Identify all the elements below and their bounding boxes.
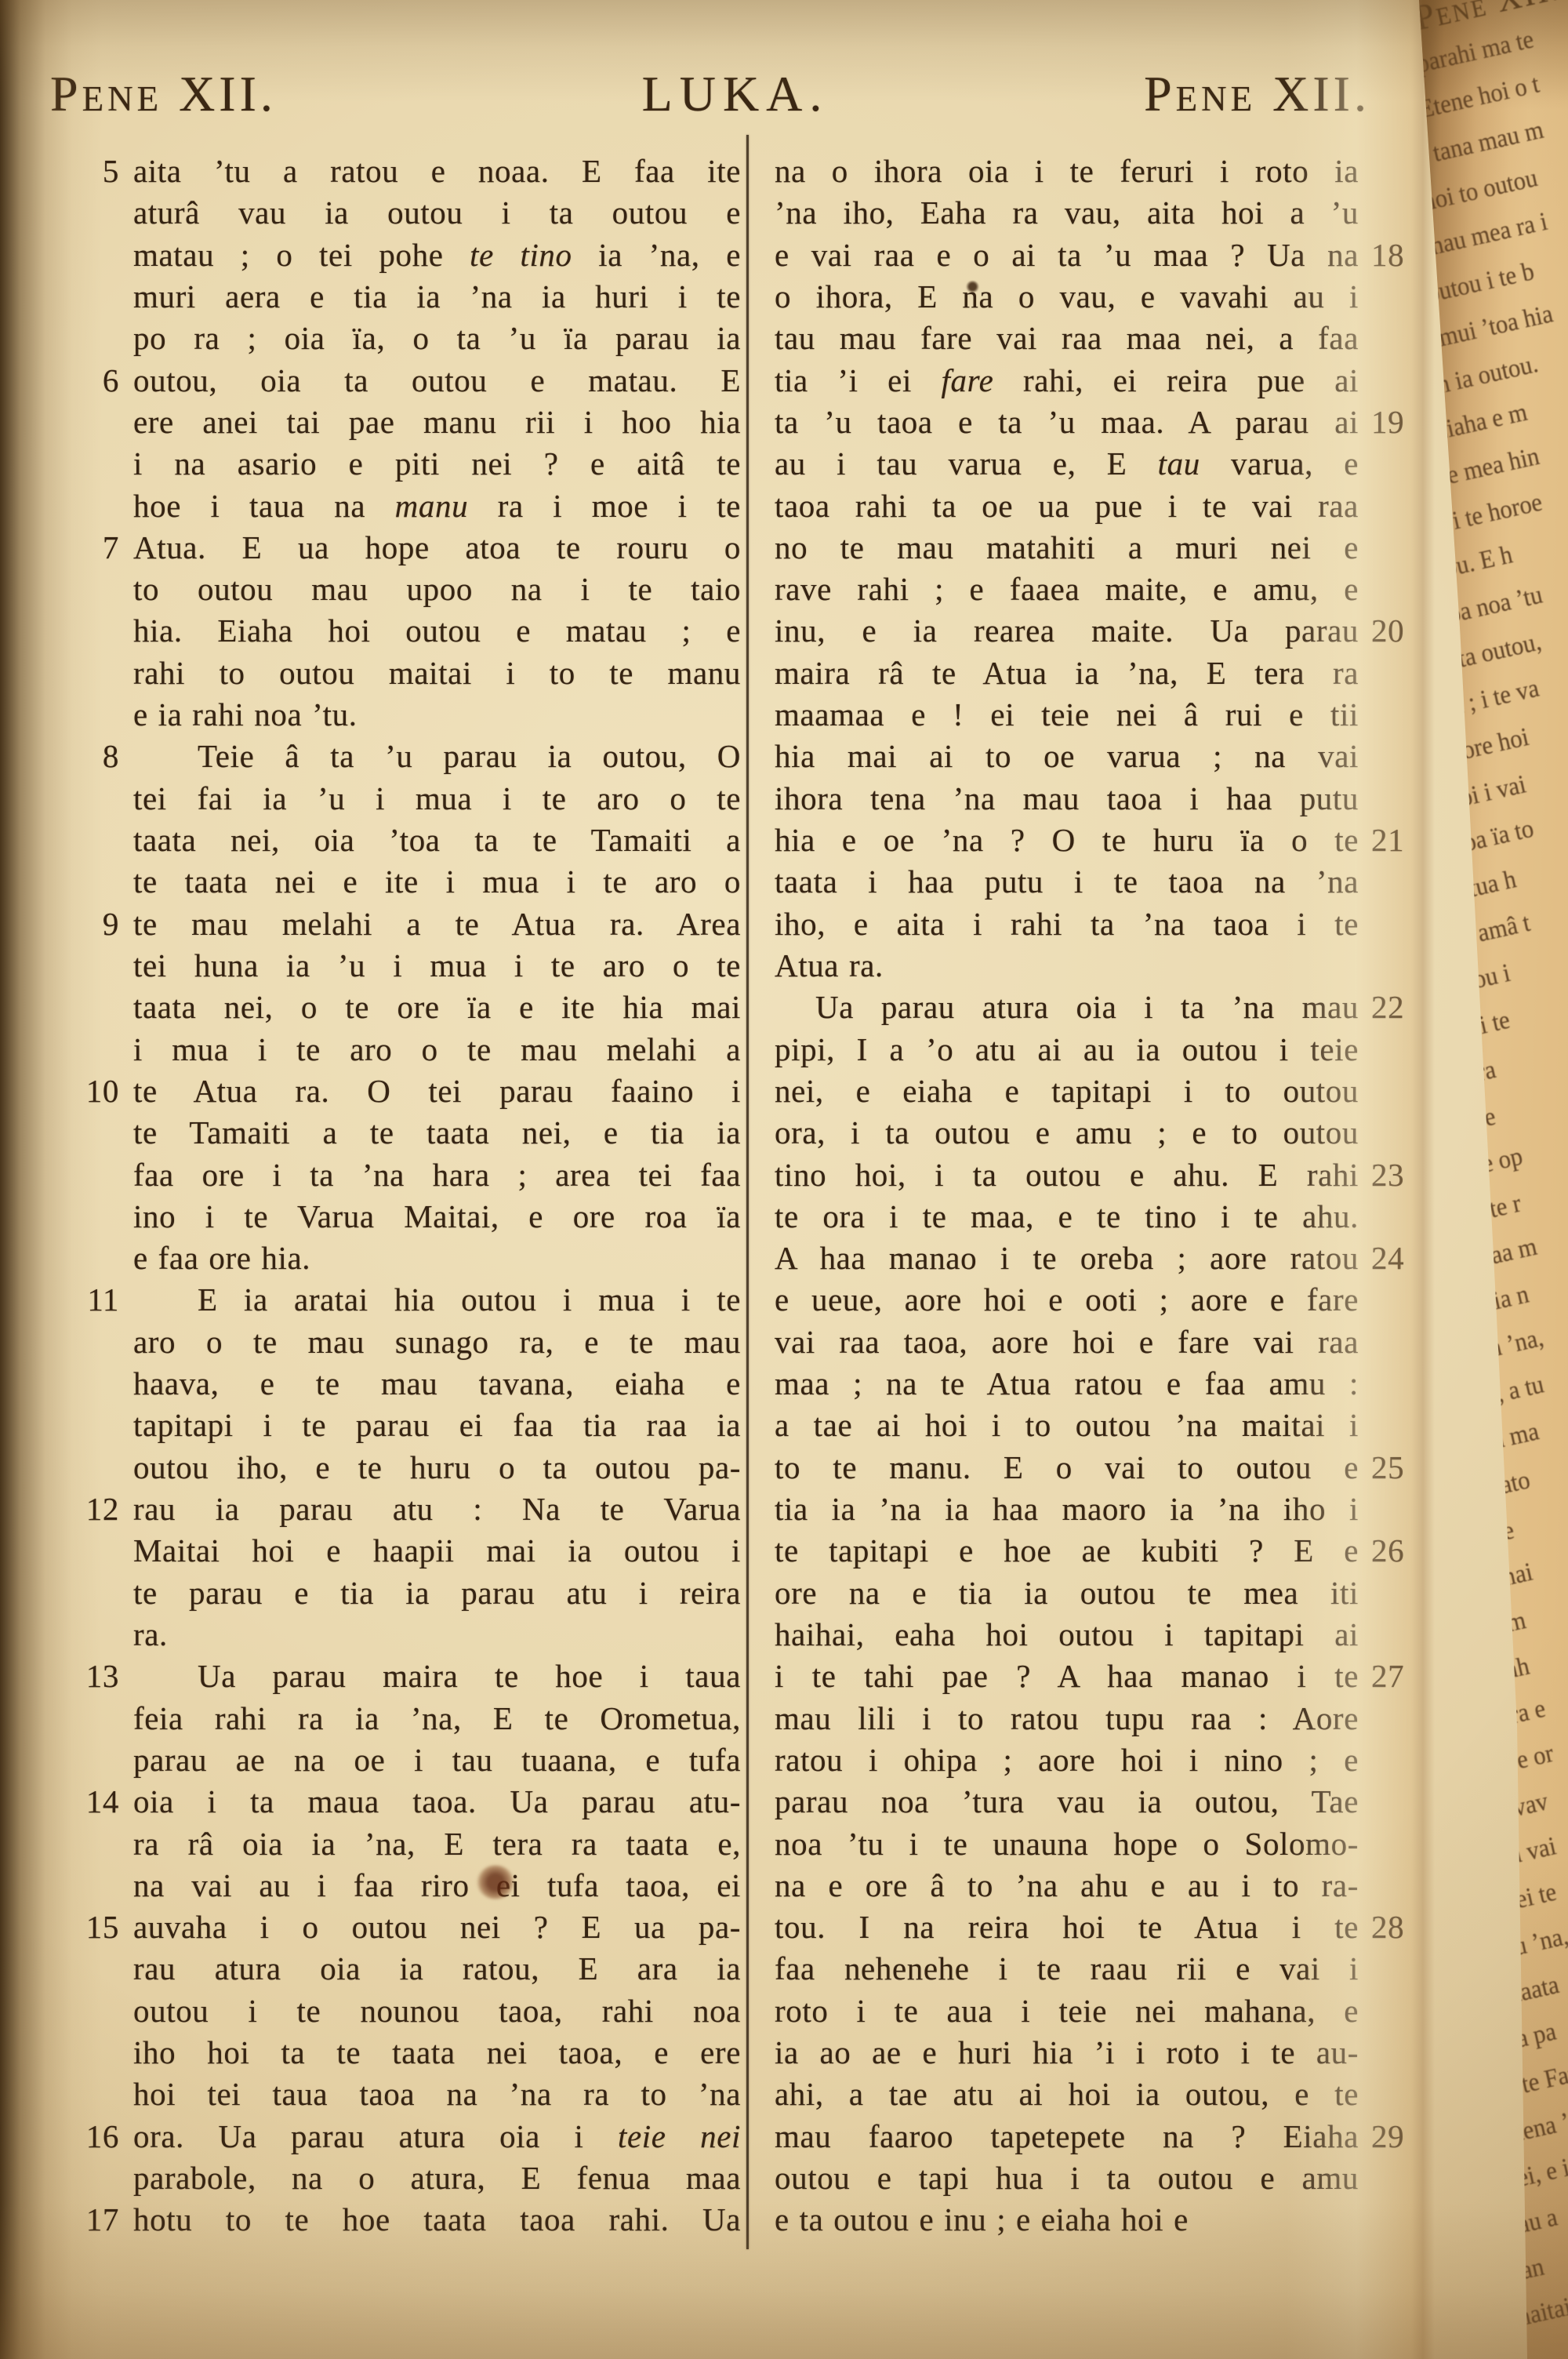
text-line: po ra ; oia ïa, o ta ’u ïa parau ia xyxy=(133,318,741,359)
text-line: haihai, eaha hoi outou i tapitapi ai xyxy=(775,1614,1359,1656)
verse-text: rau ia parau atu : Na te Varua xyxy=(133,1488,741,1530)
text-line: Maitai hoi e haapii mai ia outou i xyxy=(133,1530,741,1572)
text-line: outou iho, e te huru o ta outou pa- xyxy=(133,1447,741,1488)
verse-number: 27 xyxy=(1371,1656,1453,1697)
verse-text: mau faaroo tapetepete na ? Eiaha xyxy=(775,2116,1359,2157)
verse-text: Teie â ta ’u parau ia outou, O xyxy=(133,736,741,777)
verse-text: parabole, na o atura, E fenua maa xyxy=(133,2157,741,2199)
text-line: hoe i taua na manu ra i moe i te xyxy=(133,485,741,527)
text-line: te parau e tia ia parau atu i reira xyxy=(133,1572,741,1614)
text-line: parau ae na oe i tau tuaana, e tufa xyxy=(133,1739,741,1781)
text-line: e ta outou e inu ; e eiaha hoi e xyxy=(775,2199,1359,2241)
text-line: parabole, na o atura, E fenua maa xyxy=(133,2157,741,2199)
text-line: faa nehenehe i te raau rii e vai i xyxy=(775,1948,1359,1990)
verse-number: 25 xyxy=(1371,1447,1453,1488)
text-line: tei fai ia ’u i mua i te aro o te xyxy=(133,778,741,820)
text-line: taoa rahi ta oe ua pue i te vai raa xyxy=(775,485,1359,527)
adjacent-text-fragment: aau a xyxy=(1513,2205,1568,2251)
verse-text: outou e tapi hua i ta outou e amu xyxy=(775,2157,1359,2199)
text-line: 9te mau melahi a te Atua ra. Area xyxy=(133,903,741,945)
verse-text: outou i te nounou taoa, rahi noa xyxy=(133,1990,741,2032)
text-line: 6outou, oia ta outou e matau. E xyxy=(133,360,741,402)
text-line: vai raa taoa, aore hoi e fare vai raa xyxy=(775,1321,1359,1363)
verse-text: faa nehenehe i te raau rii e vai i xyxy=(775,1948,1359,1990)
adjacent-text-fragment: o ra xyxy=(1465,1054,1568,1100)
text-line: taata i haa putu i te taoa na ’na xyxy=(775,861,1359,903)
verse-text: haihai, eaha hoi outou i tapitapi ai xyxy=(775,1614,1359,1656)
verse-text: e ta outou e inu ; e eiaha hoi e xyxy=(775,2199,1359,2241)
verse-text: roto i te aua i teie nei mahana, e xyxy=(775,1990,1359,2032)
verse-number: 11 xyxy=(45,1279,119,1321)
verse-number: 15 xyxy=(45,1906,119,1948)
verse-text: ere anei tai pae manu rii i hoo hia xyxy=(133,402,741,443)
verse-text: ihora tena ’na mau taoa i haa putu xyxy=(775,778,1359,820)
verse-text: ino i te Varua Maitai, e ore roa ïa xyxy=(133,1196,741,1238)
text-line: ra. xyxy=(133,1614,741,1656)
verse-text: rau atura oia ia ratou, E ara ia xyxy=(133,1948,741,1990)
text-line: rau atura oia ia ratou, E ara ia xyxy=(133,1948,741,1990)
verse-text: E ia aratai hia outou i mua i te xyxy=(133,1279,741,1321)
verse-number: 23 xyxy=(1371,1154,1453,1196)
verse-text: te parau e tia ia parau atu i reira xyxy=(133,1572,741,1614)
verse-text: e ia rahi noa ’tu. xyxy=(133,694,741,736)
verse-text: e ueue, aore hoi e ooti ; aore e fare xyxy=(775,1279,1359,1321)
adjacent-text-fragment: i te op xyxy=(1468,1146,1568,1192)
verse-number: 7 xyxy=(45,527,119,569)
verse-text: te Tamaiti a te taata nei, e tia ia xyxy=(133,1112,741,1154)
verse-text: aita ’tu a ratou e noaa. E faa ite xyxy=(133,151,741,192)
text-line: e ia rahi noa ’tu. xyxy=(133,694,741,736)
text-line: 21hia e oe ’na ? O te huru ïa o te xyxy=(775,820,1359,861)
verse-text: ra râ oia ia ’na, E tera ra taata e, xyxy=(133,1823,741,1865)
verse-text: te tapitapi e hoe ae kubiti ? E e xyxy=(775,1530,1359,1572)
verse-text: outou, oia ta outou e matau. E xyxy=(133,360,741,402)
verse-text: na o ihora oia i te feruri i roto ia xyxy=(775,151,1359,192)
verse-text: tino hoi, i ta outou e ahu. E rahi xyxy=(775,1154,1359,1196)
text-line: ino i te Varua Maitai, e ore roa ïa xyxy=(133,1196,741,1238)
text-line: hia. Eiaha hoi outou e matau ; e xyxy=(133,610,741,652)
verse-text: matau ; o tei pohe te tino ia ’na, e xyxy=(133,234,741,276)
verse-text: taata nei, oia ’toa ta te Tamaiti a xyxy=(133,820,741,861)
verse-text: aturâ vau ia outou i ta outou e xyxy=(133,192,741,234)
verse-text: tapitapi i te parau ei faa tia raa ia xyxy=(133,1405,741,1446)
verse-text: tia ’i ei fare rahi, ei reira pue ai xyxy=(775,360,1359,402)
text-line: 18e vai raa e o ai ta ’u maa ? Ua na xyxy=(775,234,1359,276)
verse-text: tau mau fare vai raa maa nei, a faa xyxy=(775,318,1359,359)
text-line: ahi, a tae atu ai hoi ia outou, e te xyxy=(775,2074,1359,2115)
verse-text: parau noa ’tura vau ia outou, Tae xyxy=(775,1781,1359,1823)
verse-number: 13 xyxy=(45,1656,119,1697)
verse-text: ia ao ae e huri hia ’i i roto i te au- xyxy=(775,2032,1359,2074)
verse-text: haava, e te mau tavana, eiaha e xyxy=(133,1363,741,1405)
verse-number: 29 xyxy=(1371,2116,1453,2157)
verse-text: e faa ore hia. xyxy=(133,1238,741,1279)
verse-text: nei, e eiaha e tapitapi i to outou xyxy=(775,1070,1359,1112)
verse-text: tou. I na reira hoi te Atua i te xyxy=(775,1906,1359,1948)
text-line: 25to te manu. E o vai to outou e xyxy=(775,1447,1359,1488)
text-line: maamaa e ! ei teie nei â rui e tii xyxy=(775,694,1359,736)
verse-text: muri aera e tia ia ’na ia huri i te xyxy=(133,276,741,318)
text-line: rave rahi ; e faaea maite, e amu, e xyxy=(775,569,1359,610)
verse-number: 10 xyxy=(45,1070,119,1112)
verse-text: te mau melahi a te Atua ra. Area xyxy=(133,903,741,945)
verse-text: i te tahi pae ? A haa manao i te xyxy=(775,1656,1359,1697)
text-line: 13Ua parau maira te hoe i taua xyxy=(133,1656,741,1697)
text-line: i mua i te aro o te mau melahi a xyxy=(133,1029,741,1070)
verse-number: 21 xyxy=(1371,820,1453,861)
verse-text: e vai raa e o ai ta ’u maa ? Ua na xyxy=(775,234,1359,276)
book-page-photo: Pene XII. LUKA. Pene XII. 5aita ’tu a ra… xyxy=(0,0,1568,2359)
verse-text: faa ore i ta ’na hara ; area tei faa xyxy=(133,1154,741,1196)
text-line: ere anei tai pae manu rii i hoo hia xyxy=(133,402,741,443)
verse-text: iho hoi ta te taata nei taoa, e ere xyxy=(133,2032,741,2074)
text-line: muri aera e tia ia ’na ia huri i te xyxy=(133,276,741,318)
verse-number: 22 xyxy=(1371,987,1453,1028)
text-line: o ihora, E na o vau, e vavahi au i xyxy=(775,276,1359,318)
verse-text: i na asario e piti nei ? e aitâ te xyxy=(133,443,741,485)
running-header-right: Pene XII. xyxy=(1082,66,1370,125)
text-line: ore na e tia ia outou te mea iti xyxy=(775,1572,1359,1614)
text-line: 10te Atua ra. O tei parau faaino i xyxy=(133,1070,741,1112)
verse-text: taata nei, o te ore ïa e ite hia mai xyxy=(133,987,741,1028)
verse-text: to outou mau upoo na i te taio xyxy=(133,569,741,610)
verse-text: po ra ; oia ïa, o ta ’u ïa parau ia xyxy=(133,318,741,359)
text-line: te taata nei e ite i mua i te aro o xyxy=(133,861,741,903)
verse-text: na vai au i faa riro ei tufa taoa, ei xyxy=(133,1865,741,1906)
text-column-right: na o ihora oia i te feruri i roto ia’na … xyxy=(775,151,1359,2241)
text-line: ihora tena ’na mau taoa i haa putu xyxy=(775,778,1359,820)
text-line: taata nei, o te ore ïa e ite hia mai xyxy=(133,987,741,1028)
text-line: 20inu, e ia rearea maite. Ua parau xyxy=(775,610,1359,652)
text-line: e ueue, aore hoi e ooti ; aore e fare xyxy=(775,1279,1359,1321)
text-line: 23tino hoi, i ta outou e ahu. E rahi xyxy=(775,1154,1359,1196)
text-line: iho, e aita i rahi ta ’na taoa i te xyxy=(775,903,1359,945)
verse-text: te Atua ra. O tei parau faaino i xyxy=(133,1070,741,1112)
text-line: ratou i ohipa ; aore hoi i nino ; e xyxy=(775,1739,1359,1781)
verse-number: 28 xyxy=(1371,1906,1453,1948)
verse-text: hoi tei taua taoa na ’na ra to ’na xyxy=(133,2074,741,2115)
verse-text: maa ; na te Atua ratou e faa amu : xyxy=(775,1363,1359,1405)
text-line: ora, i ta outou e amu ; e to outou xyxy=(775,1112,1359,1154)
verse-text: to te manu. E o vai to outou e xyxy=(775,1447,1359,1488)
text-line: ra râ oia ia ’na, E tera ra taata e, xyxy=(133,1823,741,1865)
verse-text: hoe i taua na manu ra i moe i te xyxy=(133,485,741,527)
verse-text: pipi, I a ’o atu ai au ia outou i teie xyxy=(775,1029,1359,1070)
verse-text: o ihora, E na o vau, e vavahi au i xyxy=(775,276,1359,318)
text-line: feia rahi ra ia ’na, E te Orometua, xyxy=(133,1698,741,1739)
text-line: e faa ore hia. xyxy=(133,1238,741,1279)
text-line: parau noa ’tura vau ia outou, Tae xyxy=(775,1781,1359,1823)
text-line: rahi to outou maitai i to te manu xyxy=(133,652,741,694)
text-line: 11E ia aratai hia outou i mua i te xyxy=(133,1279,741,1321)
text-line: tau mau fare vai raa maa nei, a faa xyxy=(775,318,1359,359)
verse-text: hotu to te hoe taata taoa rahi. Ua xyxy=(133,2199,741,2241)
verse-text: taata i haa putu i te taoa na ’na xyxy=(775,861,1359,903)
verse-text: tia ia ’na ia haa maoro ia ’na iho i xyxy=(775,1488,1359,1530)
text-line: tia ia ’na ia haa maoro ia ’na iho i xyxy=(775,1488,1359,1530)
verse-text: ta ’u taoa e ta ’u maa. A parau ai xyxy=(775,402,1359,443)
verse-number: 14 xyxy=(45,1781,119,1823)
text-line: i na asario e piti nei ? e aitâ te xyxy=(133,443,741,485)
text-line: 5aita ’tu a ratou e noaa. E faa ite xyxy=(133,151,741,192)
verse-text: tei fai ia ’u i mua i te aro o te xyxy=(133,778,741,820)
text-line: ia ao ae e huri hia ’i i roto i te au- xyxy=(775,2032,1359,2074)
text-line: 16ora. Ua parau atura oia i teie nei xyxy=(133,2116,741,2157)
text-line: 7Atua. E ua hope atoa te rouru o xyxy=(133,527,741,569)
adjacent-text-fragment: utou i xyxy=(1461,961,1568,1008)
verse-text: Atua. E ua hope atoa te rouru o xyxy=(133,527,741,569)
adjacent-text-fragment: a rato xyxy=(1482,1468,1568,1514)
text-line: taata nei, oia ’toa ta te Tamaiti a xyxy=(133,820,741,861)
adjacent-text-fragment: ui amâ t xyxy=(1459,916,1568,962)
verse-number: 8 xyxy=(45,736,119,777)
verse-text: ora, i ta outou e amu ; e to outou xyxy=(775,1112,1359,1154)
verse-number: 26 xyxy=(1371,1530,1453,1572)
verse-number: 24 xyxy=(1371,1238,1453,1279)
text-line: matau ; o tei pohe te tino ia ’na, e xyxy=(133,234,741,276)
verse-text: feia rahi ra ia ’na, E te Orometua, xyxy=(133,1698,741,1739)
verse-number: 16 xyxy=(45,2116,119,2157)
verse-text: aro o te mau sunago ra, e te mau xyxy=(133,1321,741,1363)
verse-text: noa ’tu i te unauna hope o Solomo- xyxy=(775,1823,1359,1865)
text-line: maira râ te Atua ia ’na, E tera ra xyxy=(775,652,1359,694)
verse-text: ore na e tia ia outou te mea iti xyxy=(775,1572,1359,1614)
verse-text: au i tau varua e, E tau varua, e xyxy=(775,443,1359,485)
verse-text: taoa rahi ta oe ua pue i te vai raa xyxy=(775,485,1359,527)
text-line: te ora i te maa, e te tino i te ahu. xyxy=(775,1196,1359,1238)
text-line: outou e tapi hua i ta outou e amu xyxy=(775,2157,1359,2199)
adjacent-text-fragment: a mai xyxy=(1486,1560,1568,1606)
verse-number: 6 xyxy=(45,360,119,402)
verse-text: rave rahi ; e faaea maite, e amu, e xyxy=(775,569,1359,610)
text-line: no te mau matahiti a muri nei e xyxy=(775,527,1359,569)
verse-text: auvaha i o outou nei ? E ua pa- xyxy=(133,1906,741,1948)
verse-text: inu, e ia rearea maite. Ua parau xyxy=(775,610,1359,652)
text-line: au i tau varua e, E tau varua, e xyxy=(775,443,1359,485)
text-line: na e ore â to ’na ahu e au i to ra- xyxy=(775,1865,1359,1906)
verse-text: tei huna ia ’u i mua i te aro o te xyxy=(133,945,741,987)
text-line: na o ihora oia i te feruri i roto ia xyxy=(775,151,1359,192)
text-line: noa ’tu i te unauna hope o Solomo- xyxy=(775,1823,1359,1865)
verse-text: vai raa taoa, aore hoi e fare vai raa xyxy=(775,1321,1359,1363)
verse-number: 19 xyxy=(1371,402,1453,443)
verse-text: hia e oe ’na ? O te huru ïa o te xyxy=(775,820,1359,861)
verse-text: A haa manao i te oreba ; aore ratou xyxy=(775,1238,1359,1279)
verse-number: 9 xyxy=(45,903,119,945)
adjacent-text-fragment: ra m xyxy=(1488,1606,1568,1652)
verse-text: outou iho, e te huru o ta outou pa- xyxy=(133,1447,741,1488)
adjacent-text-fragment: z, i te xyxy=(1463,1008,1568,1054)
text-column-left: 5aita ’tu a ratou e noaa. E faa iteaturâ… xyxy=(133,151,741,2241)
text-line: pipi, I a ’o atu ai au ia outou i teie xyxy=(775,1029,1359,1070)
text-line: 24A haa manao i te oreba ; aore ratou xyxy=(775,1238,1359,1279)
verse-text: Atua ra. xyxy=(775,945,1359,987)
verse-text: Maitai hoi e haapii mai ia outou i xyxy=(133,1530,741,1572)
verse-number: 12 xyxy=(45,1488,119,1530)
text-line: mau lili i to ratou tupu raa : Aore xyxy=(775,1698,1359,1739)
text-line: 14oia i ta maua taoa. Ua parau atu- xyxy=(133,1781,741,1823)
verse-text: ahi, a tae atu ai hoi ia outou, e te xyxy=(775,2074,1359,2115)
text-line: hia mai ai to oe varua ; na vai xyxy=(775,736,1359,777)
text-line: to outou mau upoo na i te taio xyxy=(133,569,741,610)
text-line: roto i te aua i teie nei mahana, e xyxy=(775,1990,1359,2032)
verse-text: i mua i te aro o te mau melahi a xyxy=(133,1029,741,1070)
adjacent-text-fragment: maitai xyxy=(1517,2296,1568,2343)
verse-text: ora. Ua parau atura oia i teie nei xyxy=(133,2116,741,2157)
text-line: 28tou. I na reira hoi te Atua i te xyxy=(775,1906,1359,1948)
text-line: Atua ra. xyxy=(775,945,1359,987)
verse-number: 20 xyxy=(1371,610,1453,652)
verse-number: 17 xyxy=(45,2199,119,2241)
text-line: outou i te nounou taoa, rahi noa xyxy=(133,1990,741,2032)
verse-text: no te mau matahiti a muri nei e xyxy=(775,527,1359,569)
text-line: a tae ai hoi i to outou ’na maitai i xyxy=(775,1405,1359,1446)
text-line: 12rau ia parau atu : Na te Varua xyxy=(133,1488,741,1530)
column-divider-rule xyxy=(746,135,749,2249)
verse-text: a tae ai hoi i to outou ’na maitai i xyxy=(775,1405,1359,1446)
verse-text: parau ae na oe i tau tuaana, e tufa xyxy=(133,1739,741,1781)
text-line: tia ’i ei fare rahi, ei reira pue ai xyxy=(775,360,1359,402)
text-line: nei, e eiaha e tapitapi i to outou xyxy=(775,1070,1359,1112)
text-line: 17hotu to te hoe taata taoa rahi. Ua xyxy=(133,2199,741,2241)
text-line: hoi tei taua taoa na ’na ra to ’na xyxy=(133,2074,741,2115)
text-line: 22Ua parau atura oia i ta ’na mau xyxy=(775,987,1359,1028)
text-line: iho hoi ta te taata nei taoa, e ere xyxy=(133,2032,741,2074)
verse-text: maira râ te Atua ia ’na, E tera ra xyxy=(775,652,1359,694)
text-line: aturâ vau ia outou i ta outou e xyxy=(133,192,741,234)
text-line: haava, e te mau tavana, eiaha e xyxy=(133,1363,741,1405)
verse-text: oia i ta maua taoa. Ua parau atu- xyxy=(133,1781,741,1823)
verse-text: Ua parau maira te hoe i taua xyxy=(133,1656,741,1697)
verse-text: ratou i ohipa ; aore hoi i nino ; e xyxy=(775,1739,1359,1781)
verse-text: hia mai ai to oe varua ; na vai xyxy=(775,736,1359,777)
text-line: tapitapi i te parau ei faa tia raa ia xyxy=(133,1405,741,1446)
text-line: tei huna ia ’u i mua i te aro o te xyxy=(133,945,741,987)
verse-text: ’na iho, Eaha ra vau, aita hoi a ’u xyxy=(775,192,1359,234)
text-line: ’na iho, Eaha ra vau, aita hoi a ’u xyxy=(775,192,1359,234)
text-line: 15auvaha i o outou nei ? E ua pa- xyxy=(133,1906,741,1948)
verse-number: 5 xyxy=(45,151,119,192)
verse-text: te ora i te maa, e te tino i te ahu. xyxy=(775,1196,1359,1238)
text-line: 29mau faaroo tapetepete na ? Eiaha xyxy=(775,2116,1359,2157)
verse-text: maamaa e ! ei teie nei â rui e tii xyxy=(775,694,1359,736)
text-line: maa ; na te Atua ratou e faa amu : xyxy=(775,1363,1359,1405)
verse-text: te taata nei e ite i mua i te aro o xyxy=(133,861,741,903)
verse-text: ra. xyxy=(133,1614,741,1656)
verse-text: rahi to outou maitai i to te manu xyxy=(133,652,741,694)
verse-text: mau lili i to ratou tupu raa : Aore xyxy=(775,1698,1359,1739)
text-line: 8Teie â ta ’u parau ia outou, O xyxy=(133,736,741,777)
verse-text: iho, e aita i rahi ta ’na taoa i te xyxy=(775,903,1359,945)
text-line: 26te tapitapi e hoe ae kubiti ? E e xyxy=(775,1530,1359,1572)
text-line: na vai au i faa riro ei tufa taoa, ei xyxy=(133,1865,741,1906)
verse-text: hia. Eiaha hoi outou e matau ; e xyxy=(133,610,741,652)
verse-text: na e ore â to ’na ahu e au i to ra- xyxy=(775,1865,1359,1906)
text-line: 19ta ’u taoa e ta ’u maa. A parau ai xyxy=(775,402,1359,443)
verse-text: Ua parau atura oia i ta ’na mau xyxy=(775,987,1359,1028)
text-line: aro o te mau sunago ra, e te mau xyxy=(133,1321,741,1363)
text-line: te Tamaiti a te taata nei, e tia ia xyxy=(133,1112,741,1154)
text-line: 27i te tahi pae ? A haa manao i te xyxy=(775,1656,1359,1697)
text-line: faa ore i ta ’na hara ; area tei faa xyxy=(133,1154,741,1196)
